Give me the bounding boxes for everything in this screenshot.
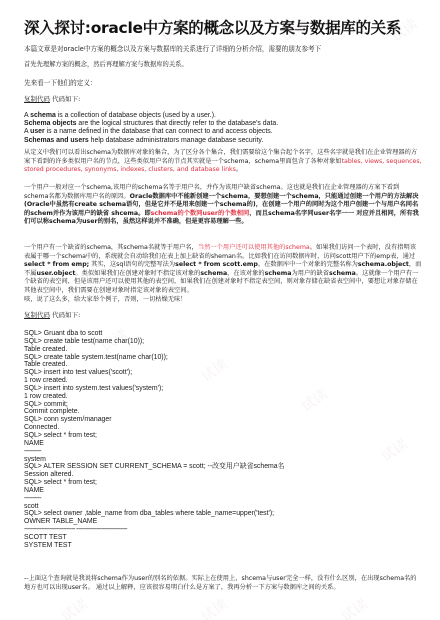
code-line: NAME	[24, 440, 285, 448]
definition-line: Schema objects are the logical structure…	[24, 120, 422, 128]
schema-count-highlight: schema的个数同user的个数相同	[151, 210, 250, 217]
code-line: Commit complete.	[24, 408, 285, 416]
code-line: Session altered.	[24, 471, 285, 479]
page-title: 深入探讨:oracle中方案的概念以及方案与数据库的关系	[24, 16, 401, 38]
code-line: ----------	[24, 495, 285, 503]
copy-code-line-2: 复制代码 代码如下:	[24, 311, 422, 320]
code-line: NAME	[24, 487, 285, 495]
definition-line: Schemas and users help database administ…	[24, 137, 422, 145]
code-line: Connected.	[24, 424, 285, 432]
paragraph-default-schema: 一个用户有一个缺省的schema，其schema名就等于用户名，当然一个用户还可…	[24, 244, 422, 304]
code-line: SQL> Gruant dba to scott	[24, 330, 285, 338]
code-line: SQL> select * from test;	[24, 479, 285, 487]
code-line: SQL> commit;	[24, 401, 285, 409]
intro-text-2: 首先先理解方案的概念，然后再理解方案与数据库的关系。	[24, 61, 422, 70]
code-line: SQL> select owner ,table_name from dba_t…	[24, 510, 285, 518]
code-line: SQL> create table test(name char(10));	[24, 338, 285, 346]
code-line: 1 row created.	[24, 377, 285, 385]
code-line: Table created.	[24, 361, 285, 369]
code-line: OWNER TABLE_NAME	[24, 518, 285, 526]
code-line: Table created.	[24, 346, 285, 354]
lead-text: 先来看一下他们的定义：	[24, 79, 422, 88]
copy-code-suffix: 代码如下:	[50, 311, 80, 319]
paragraph-user-schema: 一个用户一般对应一个schema,该用户的schema名等于用户名，并作为该用户…	[24, 184, 422, 227]
code-line: ------------------------------ ---------…	[24, 526, 285, 534]
code-line: SCOTT TEST	[24, 534, 285, 542]
code-line: ----------	[24, 448, 285, 456]
code-line: SQL> conn system/manager	[24, 416, 285, 424]
watermark-text: 试读	[377, 434, 411, 466]
definition-line: A user is a name defined in the database…	[24, 128, 422, 136]
watermark-text: 试读	[57, 594, 91, 620]
paragraph-schema-definition: 从定义中我们可以看出schema为数据库对象的集合，为了区分各个集合，我们需要给…	[24, 149, 422, 175]
definitions-block: A schema is a collection of database obj…	[24, 112, 422, 145]
code-line: SQL> select * from test;	[24, 432, 285, 440]
closing-paragraph: --上面这个查询就是我说将schema作为user的别名的依据。实际上在使用上，…	[24, 575, 422, 592]
code-line: 1 row created.	[24, 393, 285, 401]
copy-code-line-1: 复制代码 代码如下:	[24, 95, 422, 104]
copy-code-suffix: 代码如下:	[50, 95, 80, 103]
code-line: SQL> insert into test values('scott');	[24, 369, 285, 377]
code-line: scott	[24, 503, 285, 511]
watermark-text: 试读	[297, 384, 331, 416]
copy-code-link[interactable]: 复制代码	[24, 311, 50, 319]
code-line: SYSTEM TEST	[24, 542, 285, 550]
definition-line: A schema is a collection of database obj…	[24, 112, 422, 120]
code-line: SQL> insert into system.test values('sys…	[24, 385, 285, 393]
copy-code-link[interactable]: 复制代码	[24, 95, 50, 103]
code-line: SQL> create table system.test(name char(…	[24, 354, 285, 362]
intro-text: 本篇文章是对oracle中方案的概念以及方案与数据库的关系进行了详细的分析介绍，…	[24, 45, 422, 54]
watermark-text: 试读	[197, 594, 231, 620]
other-schema-highlight: 当然一个用户还可以使用其他的schema	[198, 244, 310, 251]
watermark-text: 试读	[337, 594, 371, 620]
code-line: SQL> ALTER SESSION SET CURRENT_SCHEMA = …	[24, 463, 285, 471]
code-block: SQL> Gruant dba to scottSQL> create tabl…	[24, 330, 285, 550]
